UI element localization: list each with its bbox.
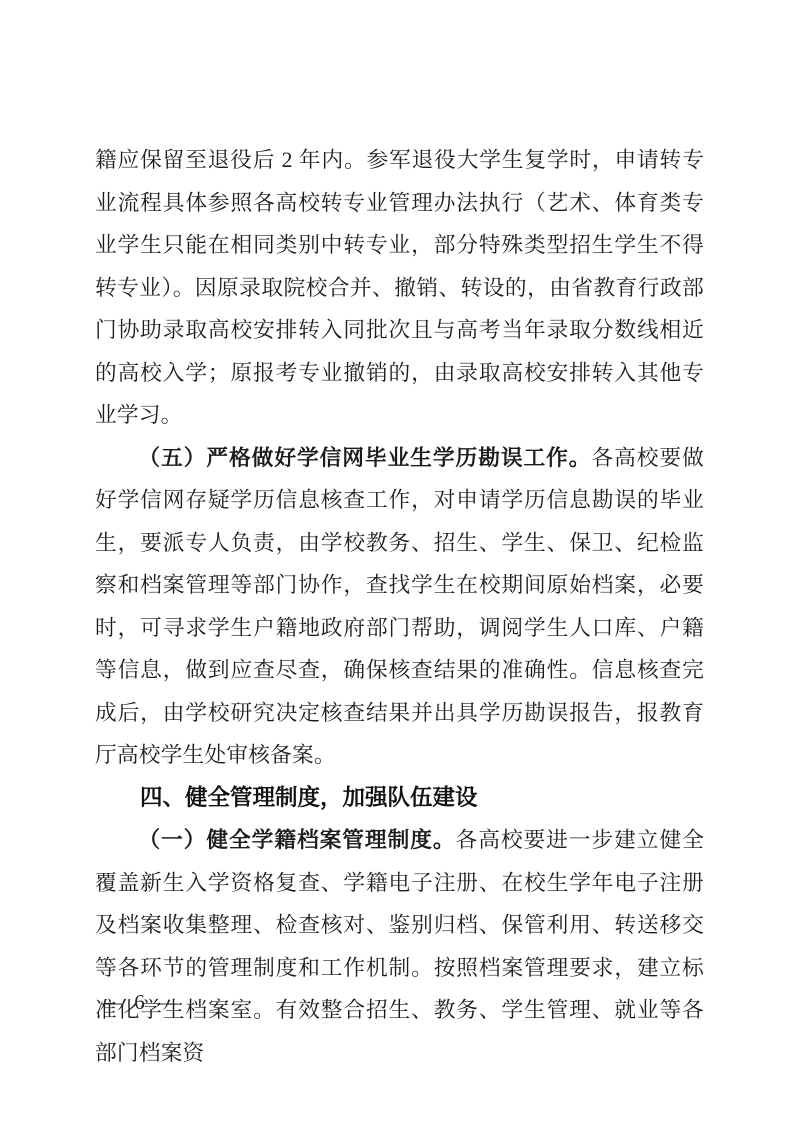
paragraph-xuexin-correction: （五）严格做好学信网毕业生学历勘误工作。各高校要做好学信网存疑学历信息核查工作，…	[95, 437, 704, 777]
section-5-lead: （五）严格做好学信网毕业生学历勘误工作。	[138, 446, 591, 470]
page-number: — 6 —	[101, 990, 178, 1014]
page-footer: — 6 —	[101, 988, 178, 1016]
section-heading-4: 四、健全管理制度，加强队伍建设	[95, 777, 704, 820]
paragraph-transfer-policy: 籍应保留至退役后 2 年内。参军退役大学生复学时，申请转专业流程具体参照各高校转…	[95, 139, 704, 437]
document-body: 籍应保留至退役后 2 年内。参军退役大学生复学时，申请转专业流程具体参照各高校转…	[95, 139, 704, 1074]
paragraph-archive-system: （一）健全学籍档案管理制度。各高校要进一步建立健全覆盖新生入学资格复查、学籍电子…	[95, 819, 704, 1074]
section-4-1-lead: （一）健全学籍档案管理制度。	[138, 828, 455, 852]
section-4-1-body-text: 各高校要进一步建立健全覆盖新生入学资格复查、学籍电子注册、在校生学年电子注册及档…	[95, 828, 704, 1065]
section-5-body-text: 各高校要做好学信网存疑学历信息核查工作，对申请学历信息勘误的毕业生，要派专人负责…	[95, 446, 704, 768]
document-page: 籍应保留至退役后 2 年内。参军退役大学生复学时，申请转专业流程具体参照各高校转…	[0, 0, 793, 1122]
